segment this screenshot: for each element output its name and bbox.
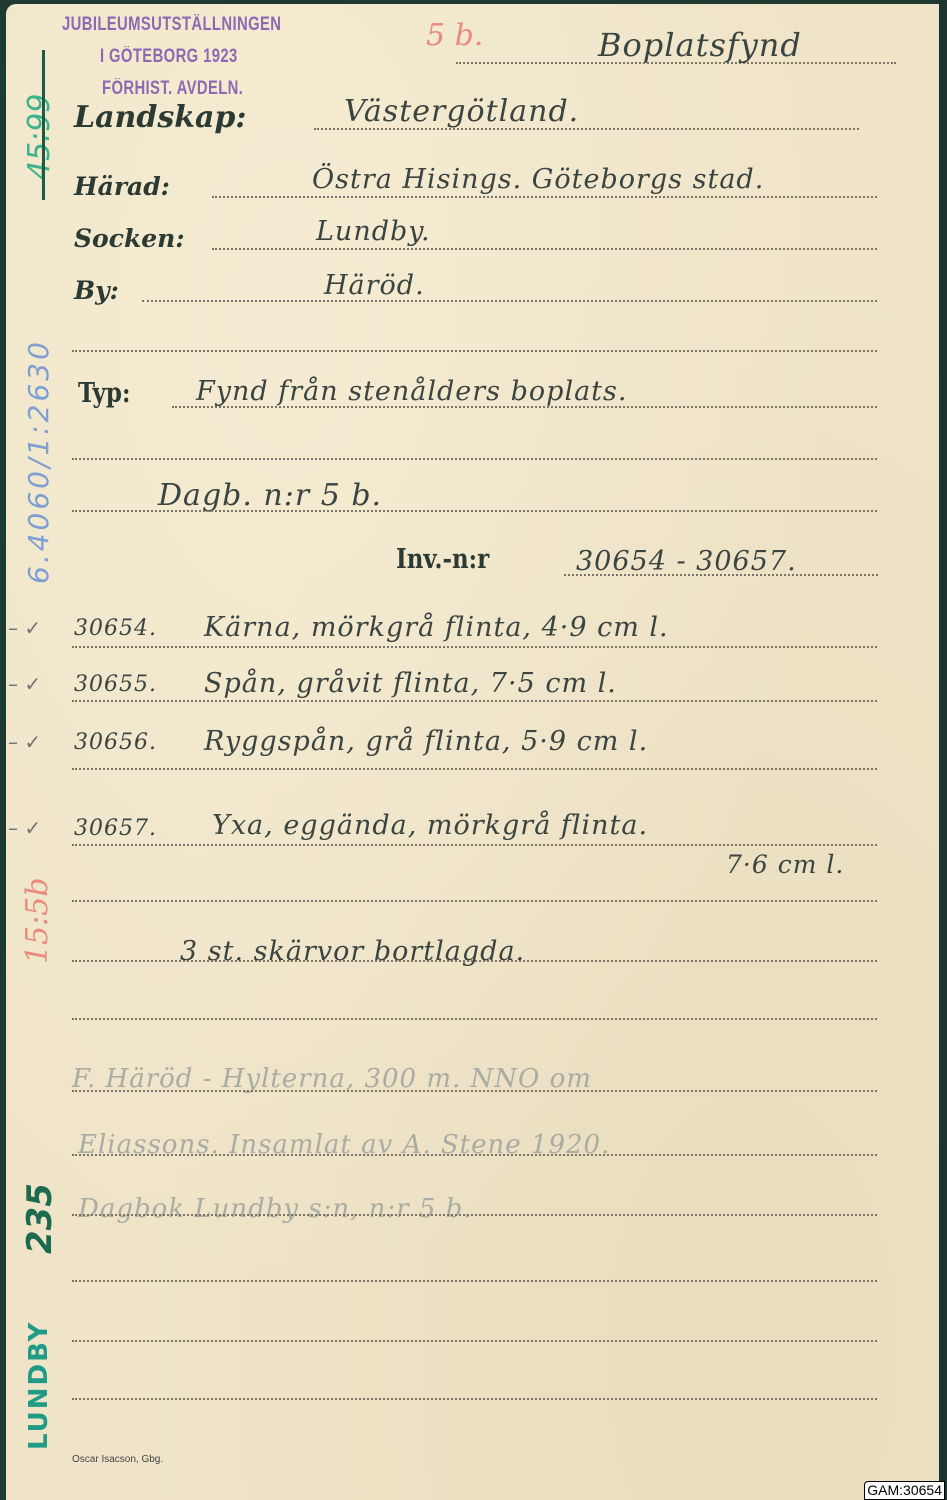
dotted-line xyxy=(72,458,877,460)
dotted-line xyxy=(72,1018,877,1020)
parish-stamp: LUNDBY xyxy=(24,1321,54,1450)
item-number: 30654. xyxy=(74,616,157,641)
discarded-note: 3 st. skärvor bortlagda. xyxy=(180,936,525,967)
parish-number: 235 xyxy=(20,1183,60,1254)
stamp-line-3: FÖRHIST. AVDELN. xyxy=(102,78,243,100)
item-number: 30656. xyxy=(74,730,157,755)
green-crossed-reference: 45:99 xyxy=(22,94,57,180)
socken-label: Socken: xyxy=(74,224,185,253)
dotted-line xyxy=(72,700,877,702)
dotted-line xyxy=(72,768,877,770)
dotted-line xyxy=(72,960,877,962)
category-text: Boplatsfynd xyxy=(598,26,802,64)
item-description: Kärna, mörkgrå flinta, 4·9 cm l. xyxy=(204,612,669,643)
item-description-continuation: 7·6 cm l. xyxy=(726,850,844,879)
dotted-line xyxy=(72,1340,877,1342)
dotted-line xyxy=(212,196,877,198)
landskap-value: Västergötland. xyxy=(344,94,579,129)
catalog-id-label: GAM:30654 xyxy=(864,1481,945,1500)
blue-pencil-reference: 6.4060/1:2630 xyxy=(22,339,55,584)
red-pencil-reference: 15:5b xyxy=(20,877,55,964)
socken-value: Lundby. xyxy=(316,216,431,247)
dotted-line xyxy=(72,1280,877,1282)
item-number: 30655. xyxy=(74,672,157,697)
item-description: Ryggspån, grå flinta, 5·9 cm l. xyxy=(204,726,648,757)
checked-mark: – ✓ xyxy=(8,730,41,754)
dotted-line xyxy=(72,646,877,648)
strike-through-line xyxy=(42,50,45,200)
dotted-line xyxy=(72,1398,877,1400)
stamp-line-1: JUBILEUMSUTSTÄLLNINGEN xyxy=(62,14,281,36)
by-value: Häröd. xyxy=(324,270,425,301)
item-description: Yxa, eggända, mörkgrå flinta. xyxy=(212,810,648,841)
typ-label: Typ: xyxy=(78,378,130,409)
dotted-line xyxy=(72,350,877,352)
by-label: By: xyxy=(74,276,119,305)
dotted-line xyxy=(72,844,877,846)
typ-value: Fynd från stenålders boplats. xyxy=(196,376,627,407)
dotted-line xyxy=(72,1214,877,1216)
catalog-card: JUBILEUMSUTSTÄLLNINGEN I GÖTEBORG 1923 F… xyxy=(6,4,939,1500)
item-description: Spån, gråvit flinta, 7·5 cm l. xyxy=(204,668,617,699)
checked-mark: – ✓ xyxy=(8,616,41,640)
checked-mark: – ✓ xyxy=(8,672,41,696)
item-number: 30657. xyxy=(74,816,157,841)
faint-note-line-3: Dagbok Lundby s:n, n:r 5 b. xyxy=(78,1194,473,1224)
dagbok-reference: Dagb. n:r 5 b. xyxy=(158,478,382,513)
dotted-line xyxy=(72,1090,877,1092)
printer-credit: Oscar Isacson, Gbg. xyxy=(72,1454,163,1465)
card-edge xyxy=(939,0,947,1500)
harad-value: Östra Hisings. Göteborgs stad. xyxy=(312,164,764,195)
checked-mark: – ✓ xyxy=(8,816,41,840)
stamp-line-2: I GÖTEBORG 1923 xyxy=(100,46,238,68)
dotted-line xyxy=(72,1154,877,1156)
landskap-label: Landskap: xyxy=(74,100,247,135)
red-number: 5 b. xyxy=(426,18,483,53)
dotted-line xyxy=(72,900,877,902)
harad-label: Härad: xyxy=(74,172,170,201)
inventory-label: Inv.-n:r xyxy=(396,544,489,575)
inventory-range: 30654 - 30657. xyxy=(576,546,797,577)
dotted-line xyxy=(142,300,877,302)
dotted-line xyxy=(212,248,877,250)
dotted-line xyxy=(72,510,877,512)
